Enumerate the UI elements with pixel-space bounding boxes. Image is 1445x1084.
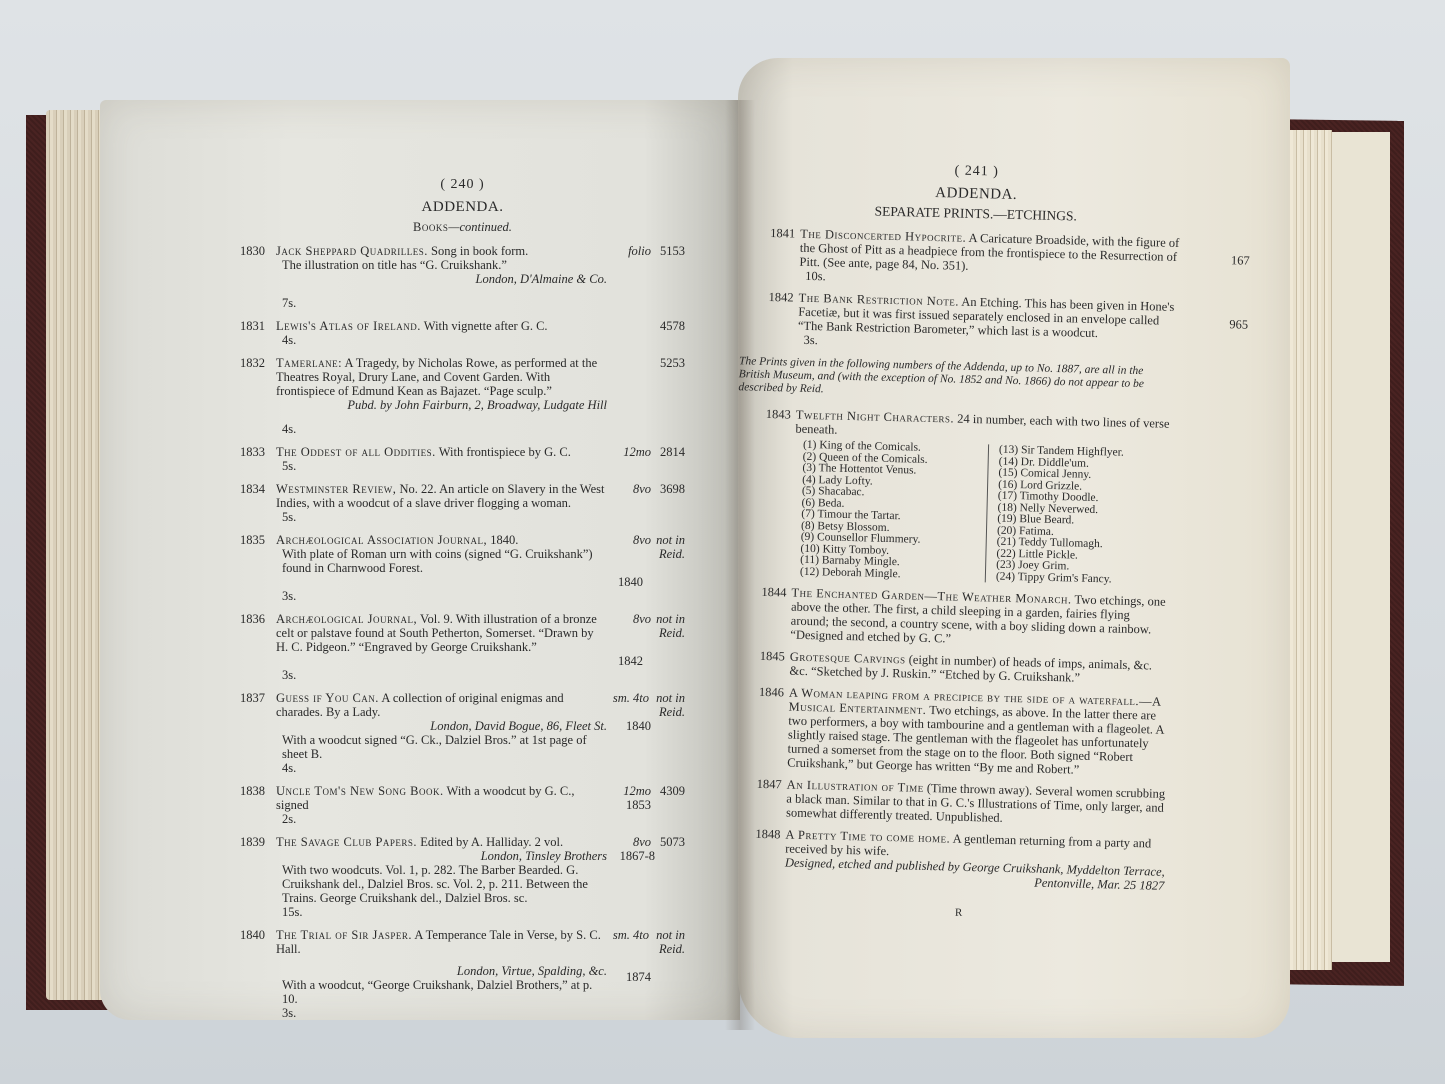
entry-imprint: Designed, etched and published by George… bbox=[784, 856, 1165, 893]
book-gutter bbox=[725, 100, 755, 1030]
catalog-entry: 1848 A Pretty Time to come home. A gentl… bbox=[754, 827, 1165, 893]
entry-number: 1830 bbox=[240, 244, 265, 258]
catalog-entry: 1837 sm. 4to not in Reid. Guess if You C… bbox=[240, 691, 685, 775]
catalog-entry: 1847 An Illustration of Time (Time throw… bbox=[756, 777, 1167, 829]
character-list: (1) King of the Comicals. (2) Queen of t… bbox=[800, 440, 1175, 587]
catalog-entry: 1834 8vo 3698 Westminster Review, No. 22… bbox=[240, 482, 685, 524]
character-column-right: (13) Sir Tandem Highflyer. (14) Dr. Didd… bbox=[986, 444, 1175, 587]
page-number: ( 240 ) bbox=[240, 178, 685, 192]
catalog-entry: 1836 8vo not in Reid. Archæological Jour… bbox=[240, 612, 685, 682]
catalog-entry: 1832 5253 Tamerlane: A Tragedy, by Nicho… bbox=[240, 356, 685, 436]
catalog-entry: 1835 8vo not in Reid. Archæological Asso… bbox=[240, 533, 685, 603]
catalog-entry: 1841 167 The Disconcerted Hypocrite. A C… bbox=[769, 226, 1180, 292]
catalog-entry: 1844 The Enchanted Garden—The Weather Mo… bbox=[760, 585, 1171, 651]
right-page-text: ( 241 ) ADDENDA. SEPARATE PRINTS.—ETCHIN… bbox=[754, 160, 1182, 925]
entry-reid-number: 5153 bbox=[660, 244, 685, 258]
catalog-entry: 1831 4578 Lewis's Atlas of Ireland. With… bbox=[240, 319, 685, 347]
page-heading: ADDENDA. bbox=[240, 200, 685, 214]
character-column-left: (1) King of the Comicals. (2) Queen of t… bbox=[800, 440, 989, 583]
entry-title: Jack Sheppard Quadrilles. bbox=[276, 244, 428, 258]
page-heading: ADDENDA. bbox=[771, 182, 1181, 206]
catalog-entry: 1842 965 The Bank Restriction Note. An E… bbox=[767, 290, 1178, 356]
addenda-note: The Prints given in the following number… bbox=[738, 355, 1177, 405]
section-subheading: Books—continued. bbox=[240, 220, 685, 234]
catalog-entry: 1833 12mo 2814 The Oddest of all Odditie… bbox=[240, 445, 685, 473]
catalog-entry: 1839 8vo 5073 The Savage Club Papers. Ed… bbox=[240, 835, 685, 919]
catalog-entry: 1846 A Woman leaping from a precipice by… bbox=[757, 685, 1169, 779]
catalog-entry: 1830 folio 5153 Jack Sheppard Quadrilles… bbox=[240, 244, 685, 310]
entry-format: folio bbox=[628, 244, 651, 258]
left-page-text: ( 240 ) ADDENDA. Books—continued. 1830 f… bbox=[240, 178, 685, 1029]
entry-price: 7s. bbox=[276, 296, 607, 310]
catalog-entry: 1838 12mo 4309 Uncle Tom's New Song Book… bbox=[240, 784, 685, 826]
catalog-entry: 1843 Twelfth Night Characters. 24 in num… bbox=[762, 407, 1176, 587]
section-subheading: SEPARATE PRINTS.—ETCHINGS. bbox=[771, 202, 1181, 226]
catalog-entry: 1840 sm. 4to not in Reid. The Trial of S… bbox=[240, 928, 685, 1020]
catalog-entry: 1845 Grotesque Carvings (eight in number… bbox=[759, 649, 1170, 687]
